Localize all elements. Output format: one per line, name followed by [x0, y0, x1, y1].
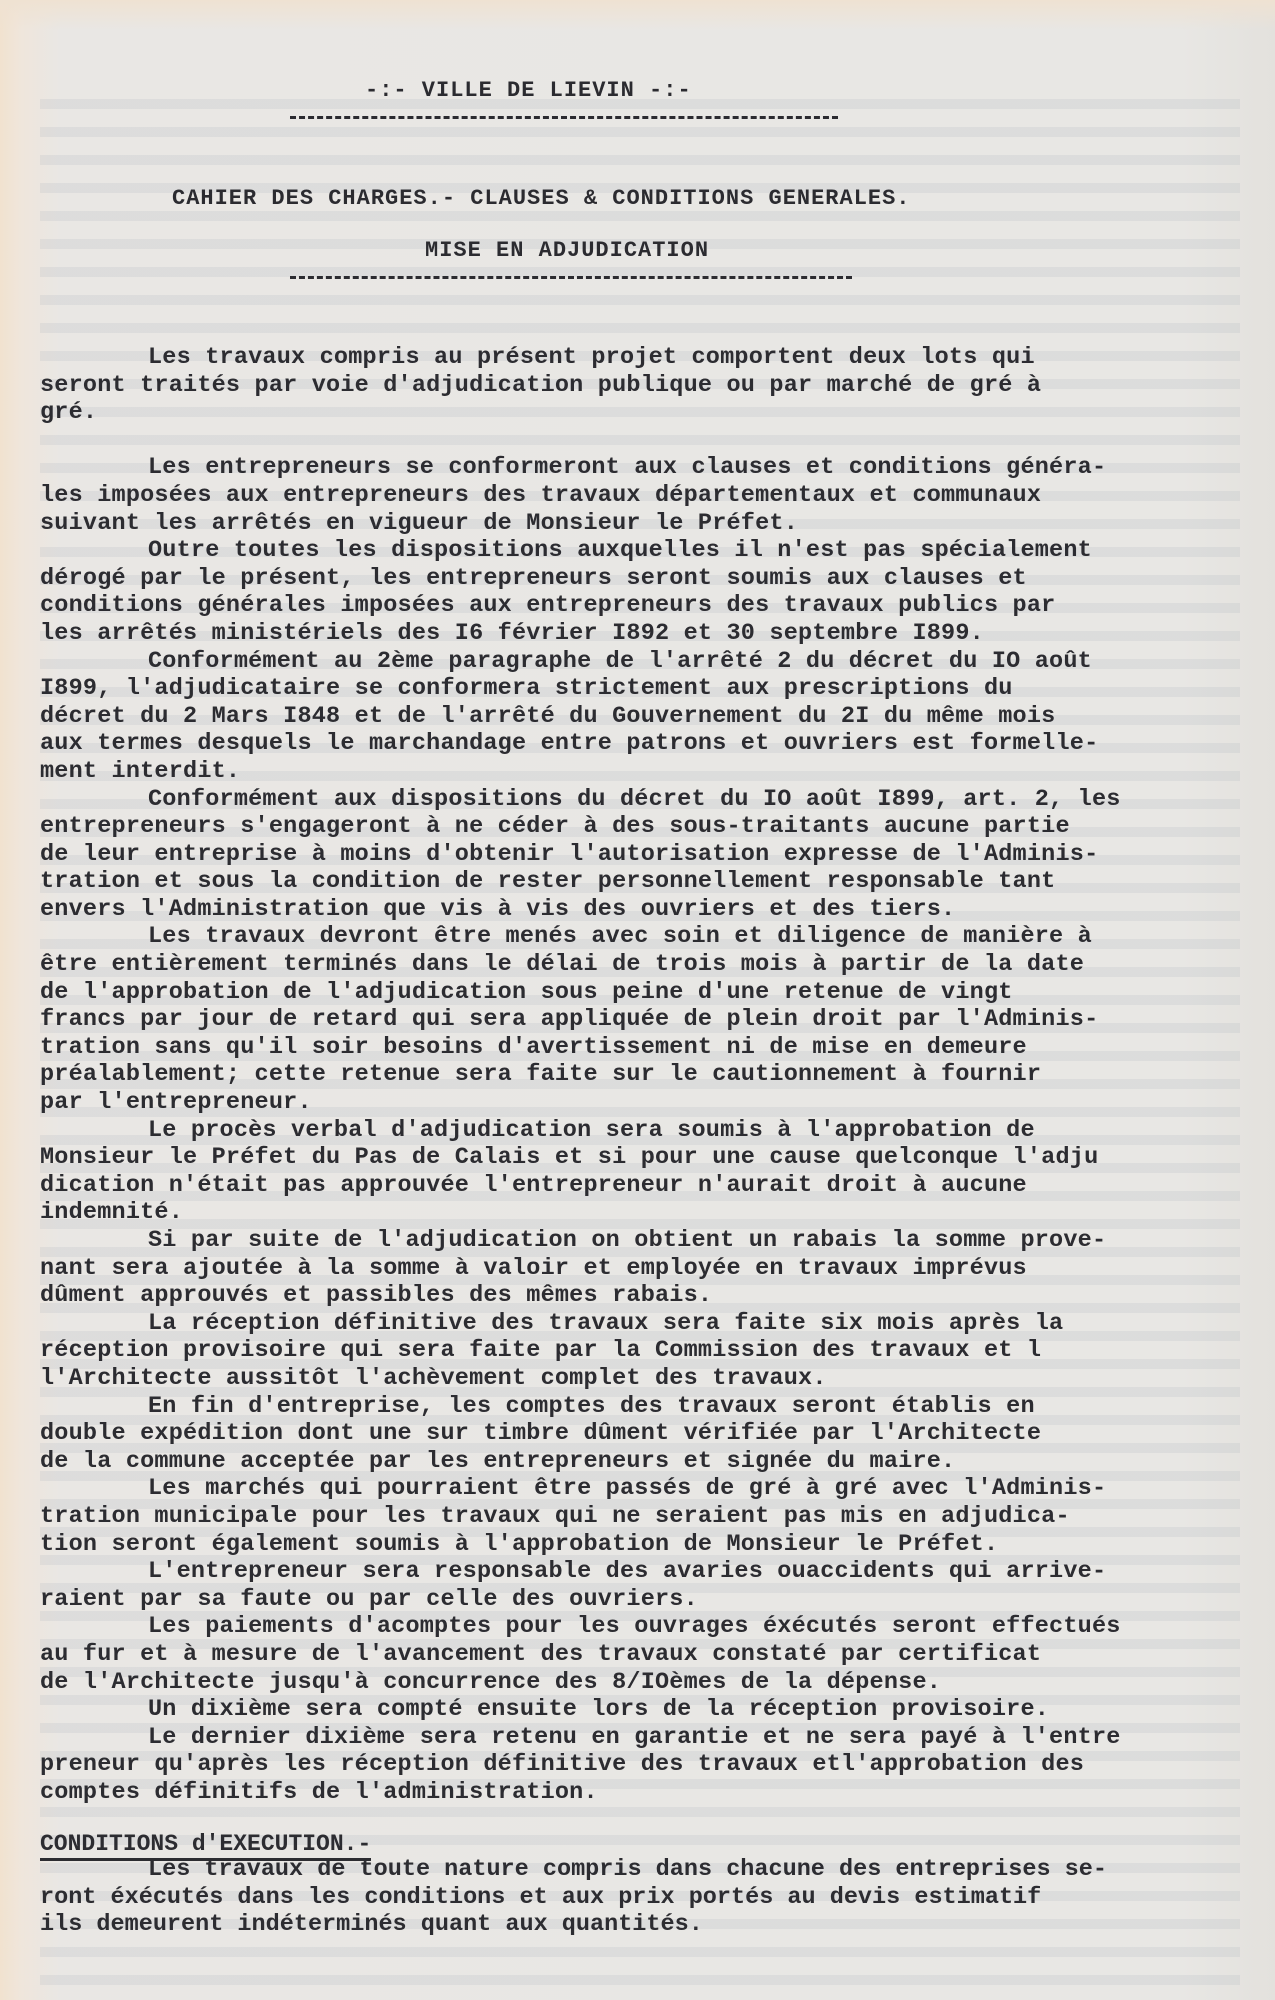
- text-line: nant sera ajoutée à la somme à valoir et…: [40, 1255, 1260, 1283]
- text-line: seront traités par voie d'adjudication p…: [40, 372, 1260, 400]
- text-line: de la commune acceptée par les entrepren…: [40, 1448, 1260, 1476]
- text-line: conditions générales imposées aux entrep…: [40, 592, 1260, 620]
- town-heading: -:- VILLE DE LIEVIN -:-: [365, 78, 692, 103]
- text-line: les arrêtés ministériels des I6 février …: [40, 620, 1260, 648]
- text-line: tration et sous la condition de rester p…: [40, 868, 1260, 896]
- text-line: de l'Architecte jusqu'à concurrence des …: [40, 1669, 1260, 1697]
- text-line: L'entrepreneur sera responsable des avar…: [40, 1558, 1260, 1586]
- text-line: Les travaux compris au présent projet co…: [40, 344, 1260, 372]
- text-line: décret du 2 Mars I848 et de l'arrêté du …: [40, 703, 1260, 731]
- text-line: Les entrepreneurs se conformeront aux cl…: [40, 454, 1260, 482]
- document-title: CAHIER DES CHARGES.- CLAUSES & CONDITION…: [172, 186, 911, 211]
- text-line: Les marchés qui pourraient être passés d…: [40, 1475, 1260, 1503]
- text-line: Le procès verbal d'adjudication sera sou…: [40, 1117, 1260, 1145]
- text-line: [40, 427, 1260, 455]
- text-line: Le dernier dixième sera retenu en garant…: [40, 1724, 1260, 1752]
- text-line: Monsieur le Préfet du Pas de Calais et s…: [40, 1144, 1260, 1172]
- text-line: Les paiements d'acomptes pour les ouvrag…: [40, 1613, 1260, 1641]
- text-line: l'Architecte aussitôt l'achèvement compl…: [40, 1365, 1260, 1393]
- text-line: tration sans qu'il soir besoins d'averti…: [40, 1034, 1260, 1062]
- text-line: Si par suite de l'adjudication on obtien…: [40, 1227, 1260, 1255]
- text-line: francs par jour de retard qui sera appli…: [40, 1006, 1260, 1034]
- text-line: dication n'était pas approuvée l'entrepr…: [40, 1172, 1260, 1200]
- text-line: Un dixième sera compté ensuite lors de l…: [40, 1696, 1260, 1724]
- text-line: Conformément aux dispositions du décret …: [40, 786, 1260, 814]
- paper-edge: [0, 0, 1275, 30]
- text-line: tion seront également soumis à l'approba…: [40, 1531, 1260, 1559]
- text-line: tration municipale pour les travaux qui …: [40, 1503, 1260, 1531]
- text-line: préalablement; cette retenue sera faite …: [40, 1061, 1260, 1089]
- text-line: les imposées aux entrepreneurs des trava…: [40, 482, 1260, 510]
- text-line: raient par sa faute ou par celle des ouv…: [40, 1586, 1260, 1614]
- text-line: Les travaux de toute nature compris dans…: [40, 1856, 1260, 1884]
- text-line: Conformément au 2ème paragraphe de l'arr…: [40, 648, 1260, 676]
- subtitle-underline: [290, 276, 852, 279]
- typewritten-page: -:- VILLE DE LIEVIN -:- CAHIER DES CHARG…: [0, 0, 1275, 2000]
- text-line: suivant les arrêtés en vigueur de Monsie…: [40, 510, 1260, 538]
- text-line: Les travaux devront être menés avec soin…: [40, 923, 1260, 951]
- heading-underline: [290, 116, 838, 119]
- text-line: Outre toutes les dispositions auxquelles…: [40, 537, 1260, 565]
- text-line: dûment approuvés et passibles des mêmes …: [40, 1282, 1260, 1310]
- text-line: La réception définitive des travaux sera…: [40, 1310, 1260, 1338]
- text-line: entrepreneurs s'engageront à ne céder à …: [40, 813, 1260, 841]
- text-line: comptes définitifs de l'administration.: [40, 1779, 1260, 1807]
- text-line: ils demeurent indéterminés quant aux qua…: [40, 1911, 1260, 1939]
- clauses-body: Les travaux compris au présent projet co…: [40, 344, 1260, 1806]
- text-line: réception provisoire qui sera faite par …: [40, 1337, 1260, 1365]
- text-line: être entièrement terminés dans le délai …: [40, 951, 1260, 979]
- text-line: de leur entreprise à moins d'obtenir l'a…: [40, 841, 1260, 869]
- text-line: par l'entrepreneur.: [40, 1089, 1260, 1117]
- text-line: au fur et à mesure de l'avancement des t…: [40, 1641, 1260, 1669]
- text-line: envers l'Administration que vis à vis de…: [40, 896, 1260, 924]
- text-line: preneur qu'après les réception définitiv…: [40, 1751, 1260, 1779]
- text-line: ment interdit.: [40, 758, 1260, 786]
- document-subtitle: MISE EN ADJUDICATION: [425, 238, 709, 263]
- text-line: de l'approbation de l'adjudication sous …: [40, 979, 1260, 1007]
- text-line: indemnité.: [40, 1199, 1260, 1227]
- text-line: ront éxécutés dans les conditions et aux…: [40, 1884, 1260, 1912]
- text-line: gré.: [40, 399, 1260, 427]
- execution-body: Les travaux de toute nature compris dans…: [40, 1856, 1260, 1939]
- text-line: I899, l'adjudicataire se conformera stri…: [40, 675, 1260, 703]
- text-line: En fin d'entreprise, les comptes des tra…: [40, 1393, 1260, 1421]
- text-line: dérogé par le présent, les entrepreneurs…: [40, 565, 1260, 593]
- text-line: double expédition dont une sur timbre dû…: [40, 1420, 1260, 1448]
- text-line: aux termes desquels le marchandage entre…: [40, 730, 1260, 758]
